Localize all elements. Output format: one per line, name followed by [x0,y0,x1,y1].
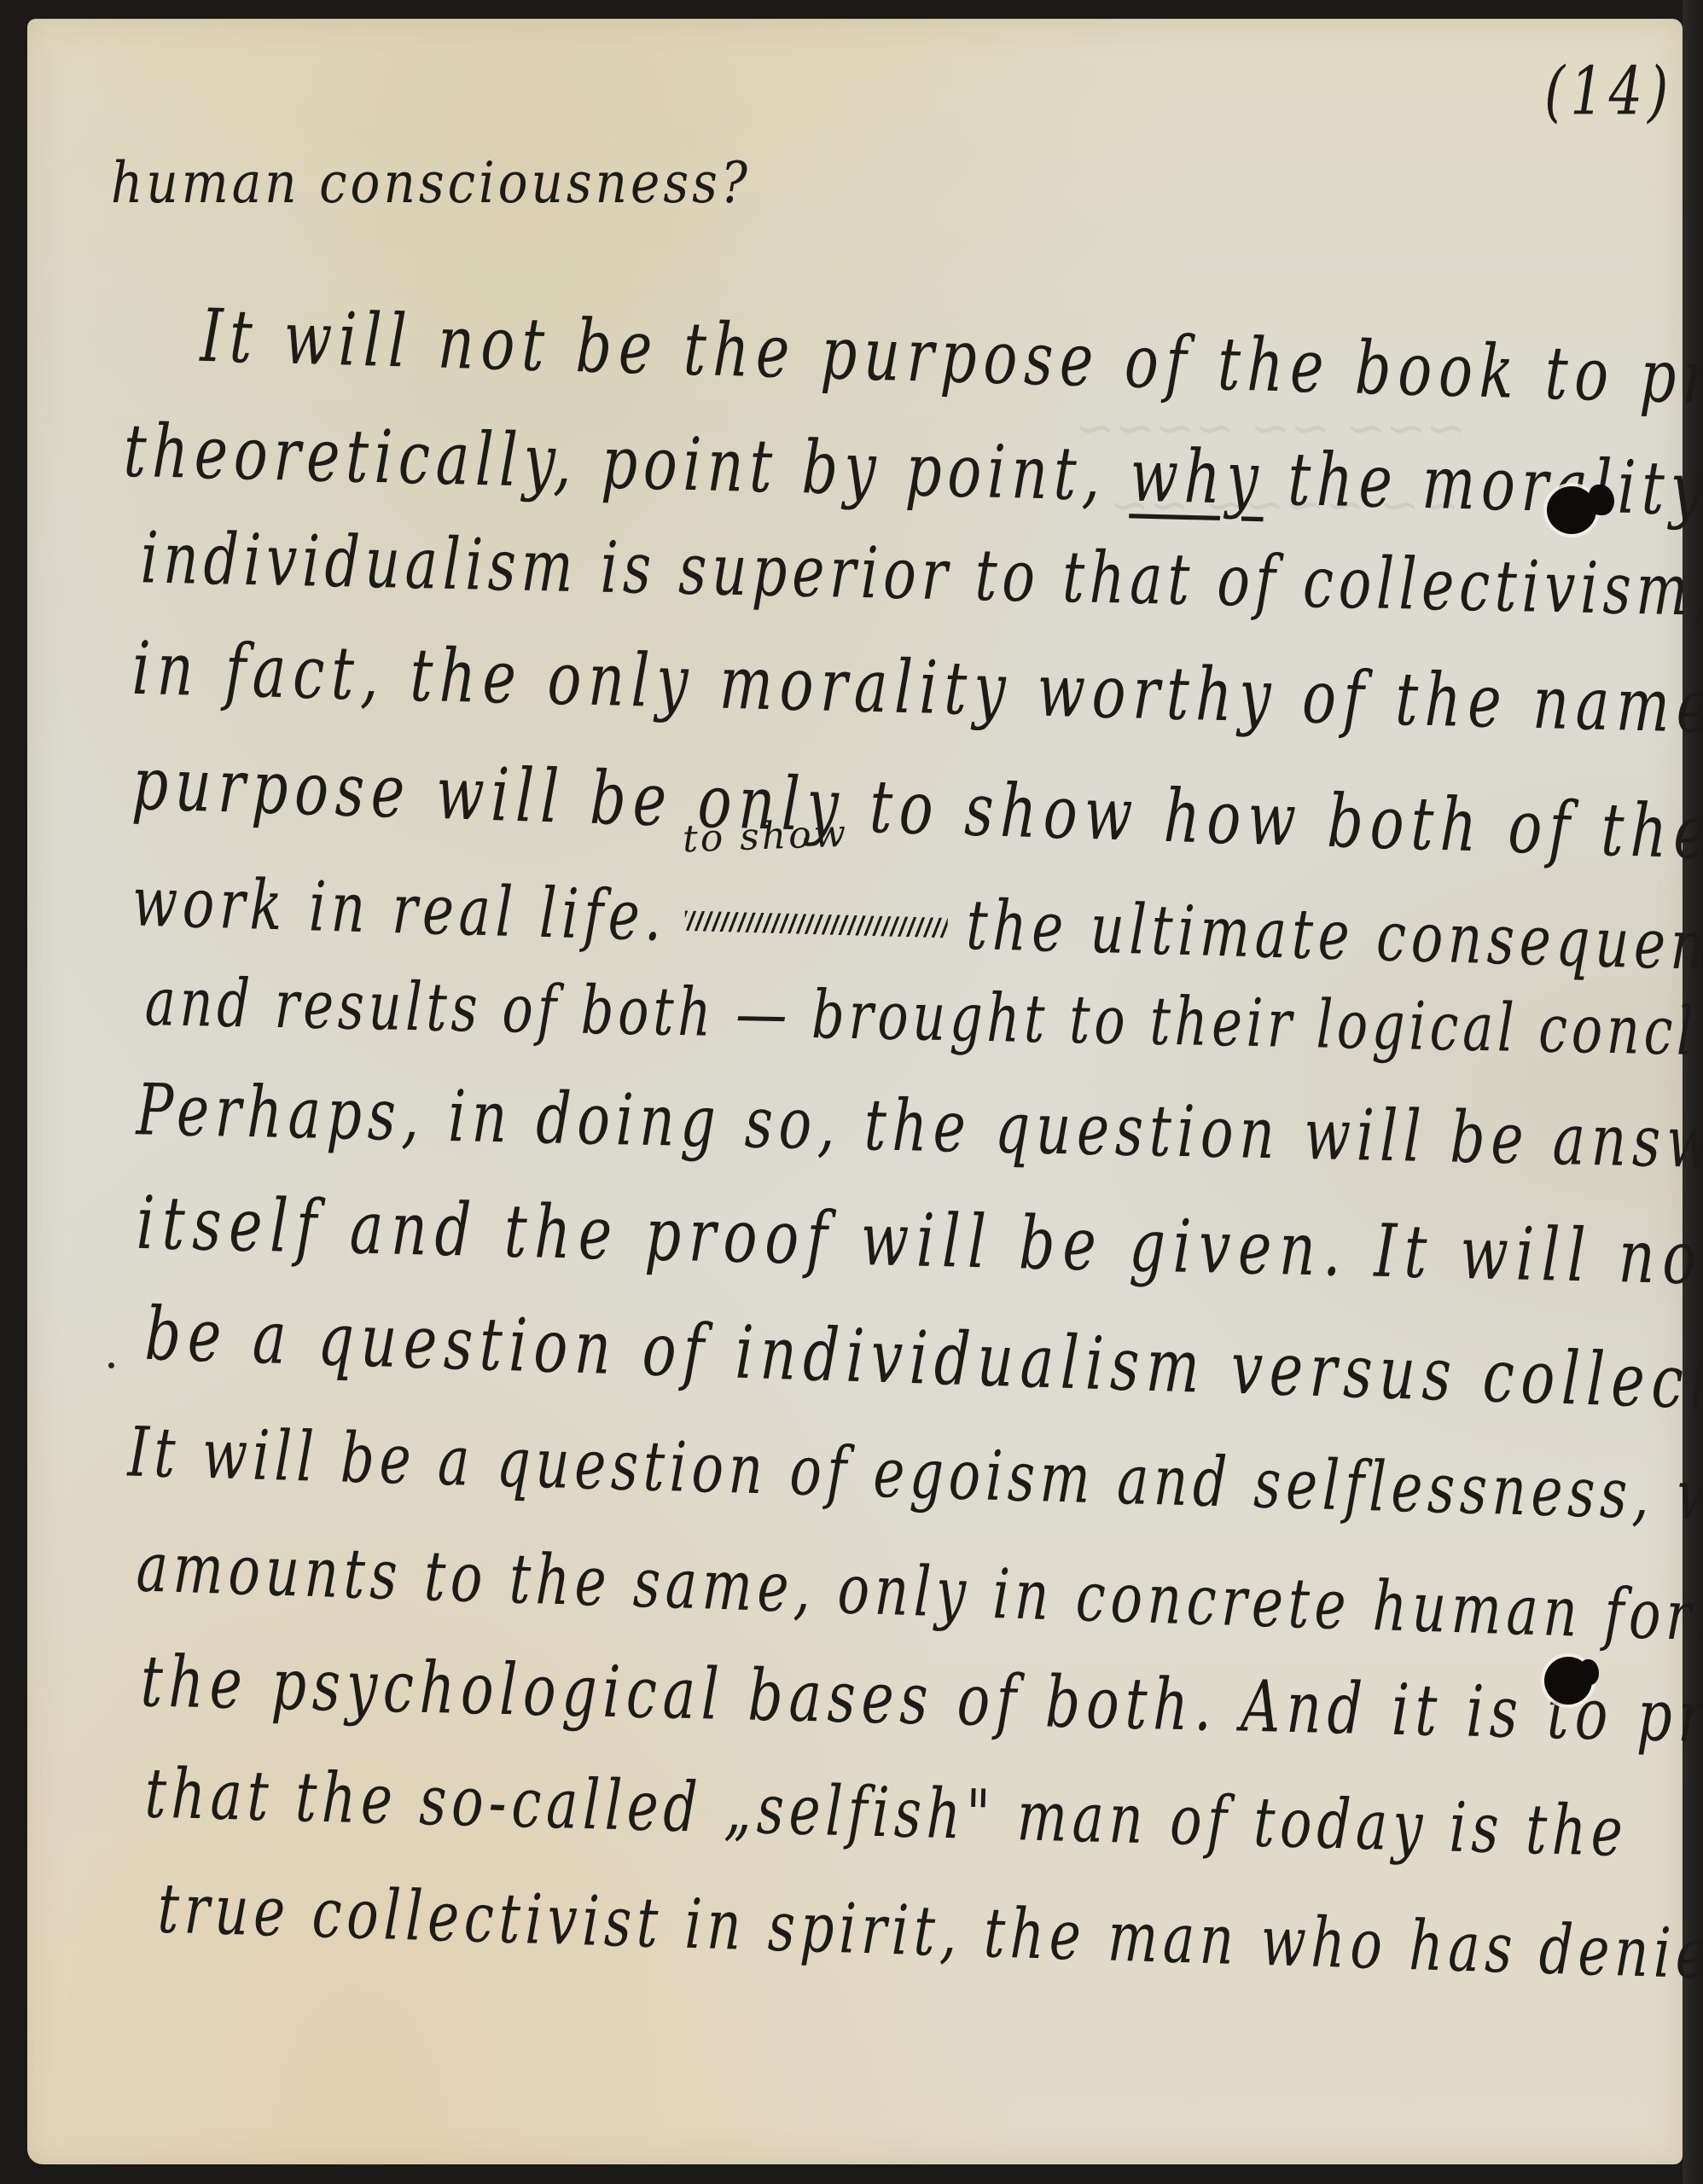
underlined-word: why [1129,433,1265,521]
scan-border [1683,0,1703,2184]
line-3-post: the morality of [1263,436,1703,534]
punch-hole-bottom-tear [1580,1659,1599,1685]
line-7-pre: work in real life. [131,861,690,957]
punch-hole-top-tear [1589,485,1614,515]
manuscript-line-1: human consciousness? [111,149,751,216]
crossed-out-word: [crossed out] [688,876,946,964]
margin-mark [108,1362,114,1368]
inserted-text: to show [682,812,849,862]
page-number: (14) [1544,52,1673,130]
